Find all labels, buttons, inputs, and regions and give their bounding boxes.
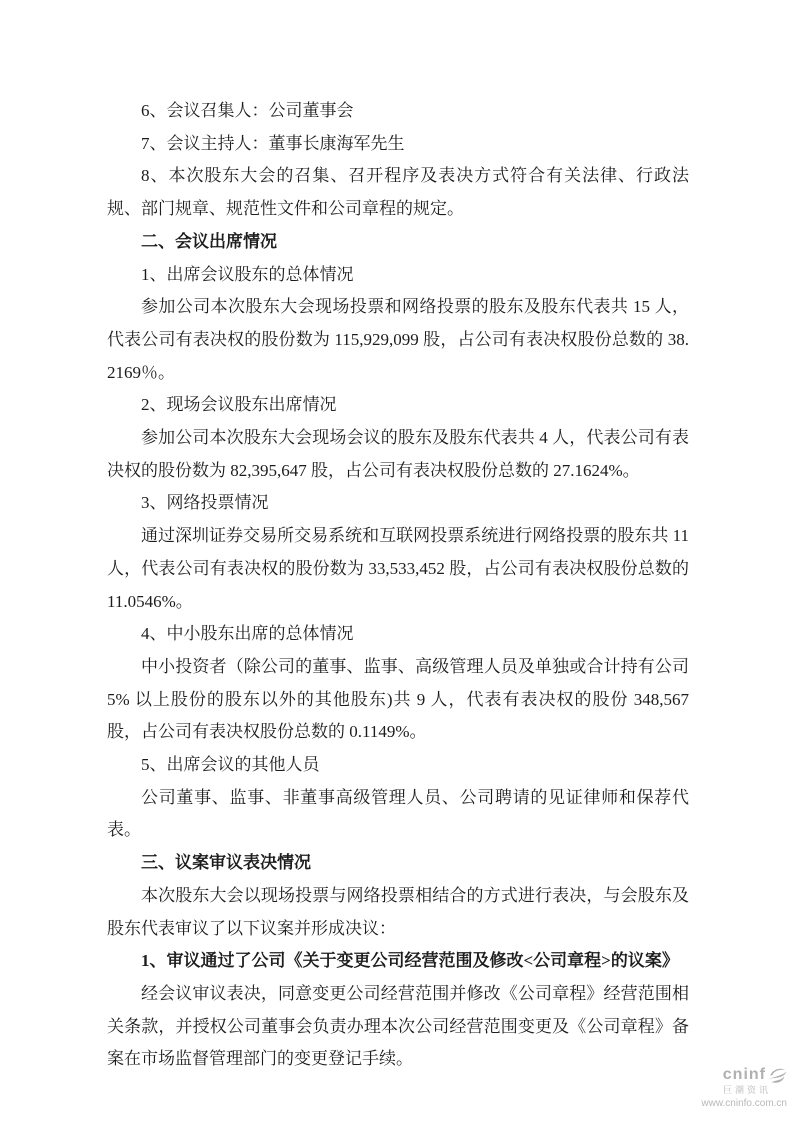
cninfo-logo-text: cninf — [723, 1066, 766, 1084]
paragraph-minority-shareholders: 中小投资者（除公司的董事、监事、高级管理人员及单独或合计持有公司 5% 以上股份… — [107, 651, 689, 749]
subheading-online-voting: 3、网络投票情况 — [107, 487, 689, 520]
subheading-minority-shareholders: 4、中小股东出席的总体情况 — [107, 618, 689, 651]
cninfo-watermark: cninf 巨潮资讯 www.cninfo.com.cn — [667, 1066, 787, 1109]
cninfo-logo-name: 巨潮资讯 — [667, 1085, 787, 1095]
cninfo-logo-url: www.cninfo.com.cn — [667, 1098, 787, 1110]
resolution-1-detail: 经会议审议表决，同意变更公司经营范围并修改《公司章程》经营范围相关条款，并授权公… — [107, 978, 689, 1076]
paragraph-legality: 8、本次股东大会的召集、召开程序及表决方式符合有关法律、行政法规、部门规章、规范… — [107, 160, 689, 225]
paragraph-voting-method: 本次股东大会以现场投票与网络投票相结合的方式进行表决，与会股东及股东代表审议了以… — [107, 880, 689, 945]
paragraph-overall-attendance: 参加公司本次股东大会现场投票和网络投票的股东及股东代表共 15 人，代表公司有表… — [107, 291, 689, 389]
paragraph-onsite-attendance: 参加公司本次股东大会现场会议的股东及股东代表共 4 人，代表公司有表决权的股份数… — [107, 422, 689, 487]
section-heading-resolutions: 三、议案审议表决情况 — [107, 847, 689, 880]
document-page: 6、会议召集人：公司董事会 7、会议主持人：董事长康海军先生 8、本次股东大会的… — [0, 0, 793, 1122]
cninfo-swirl-icon — [768, 1067, 787, 1084]
subheading-onsite-attendance: 2、现场会议股东出席情况 — [107, 389, 689, 422]
resolution-1-title: 1、审议通过了公司《关于变更公司经营范围及修改<公司章程>的议案》 — [107, 945, 689, 978]
subheading-other-attendees: 5、出席会议的其他人员 — [107, 749, 689, 782]
subheading-overall-attendance: 1、出席会议股东的总体情况 — [107, 259, 689, 292]
paragraph-chairman: 7、会议主持人：董事长康海军先生 — [107, 128, 689, 161]
cninfo-logo-row: cninf — [667, 1066, 787, 1084]
section-heading-attendance: 二、会议出席情况 — [107, 226, 689, 259]
paragraph-other-attendees: 公司董事、监事、非董事高级管理人员、公司聘请的见证律师和保荐代表。 — [107, 782, 689, 847]
paragraph-convener: 6、会议召集人：公司董事会 — [107, 95, 689, 128]
document-body: 6、会议召集人：公司董事会 7、会议主持人：董事长康海军先生 8、本次股东大会的… — [107, 95, 689, 1076]
paragraph-online-voting: 通过深圳证券交易所交易系统和互联网投票系统进行网络投票的股东共 11 人，代表公… — [107, 520, 689, 618]
